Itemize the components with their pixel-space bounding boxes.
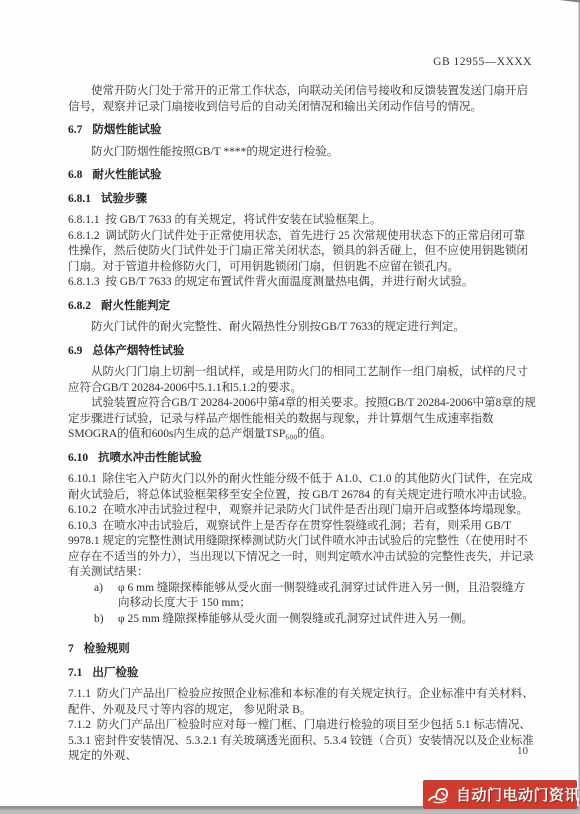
heading-number: 6.10 <box>68 452 88 464</box>
section-heading-6-7: 6.7防烟性能试验 <box>68 123 536 139</box>
section-heading-7-1: 7.1出厂检验 <box>68 666 536 682</box>
heading-title: 试验步骤 <box>101 193 147 205</box>
list-item-a: a) φ 6 mm 缝隙探棒能够从受火面一侧裂缝或孔洞穿过试件进入另一侧，且沿裂… <box>94 581 536 612</box>
heading-title: 出厂检验 <box>92 667 138 679</box>
heading-title: 总体产烟特性试验 <box>92 345 184 357</box>
list-item-text: φ 6 mm 缝隙探棒能够从受火面一侧裂缝或孔洞穿过试件进入另一侧，且沿裂缝方向… <box>118 581 536 612</box>
clause-paragraph: 7.1.1 防火门产品出厂检验应按照企业标准和本标准的有关规定执行。企业标准中有… <box>68 687 536 718</box>
list-item-b: b) φ 25 mm 缝隙探棒能够从受火面一侧裂缝或孔洞穿过试件进入另一侧。 <box>94 612 536 628</box>
paragraph: 从防火门门扇上切割一组试样，或是用防火门的相同工艺制作一组门扇板，试样的尺寸应符… <box>68 365 536 396</box>
paragraph: 试验装置应符合GB/T 20284-2006中第4章的相关要求。按照GB/T 2… <box>68 396 536 443</box>
page-number: 10 <box>517 745 528 757</box>
heading-number: 7 <box>68 643 74 655</box>
heading-number: 6.8 <box>68 169 82 181</box>
clause-paragraph: 6.10.3 在喷水冲击试验后，观察试件上是否存在贯穿性裂缝或孔洞；若有，则采用… <box>68 519 536 581</box>
list-item-label: b) <box>94 612 118 628</box>
heading-title: 检验规则 <box>84 643 130 655</box>
paragraph: 防火门试件的耐火完整性、耐火隔热性分别按GB/T 7633的规定进行判定。 <box>68 320 536 336</box>
section-heading-6-8-2: 6.8.2耐火性能判定 <box>68 299 536 315</box>
section-heading-6-8: 6.8耐火性能试验 <box>68 168 536 184</box>
clause-paragraph: 6.8.1.2 调试防火门试件处于正常使用状态，首先进行 25 次常规使用状态下… <box>68 229 536 276</box>
chapter-heading-7: 7检验规则 <box>68 642 536 658</box>
paragraph: 使常开防火门处于常开的正常工作状态，向联动关闭信号接收和反馈装置发送门扇开启信号… <box>68 84 536 115</box>
page-edge-line <box>538 0 580 3</box>
section-heading-6-9: 6.9总体产烟特性试验 <box>68 344 536 360</box>
document-body: 使常开防火门处于常开的正常工作状态，向联动关闭信号接收和反馈装置发送门扇开启信号… <box>68 84 536 765</box>
heading-number: 6.9 <box>68 345 82 357</box>
list-item-label: a) <box>94 581 118 612</box>
heading-title: 防烟性能试验 <box>92 124 161 136</box>
heading-number: 6.8.1 <box>68 193 91 205</box>
document-page: GB 12955—XXXX 使常开防火门处于常开的正常工作状态，向联动关闭信号接… <box>0 0 579 808</box>
heading-title: 抗喷水冲击性能试验 <box>98 452 202 464</box>
paragraph: 防火门防烟性能按照GB/T ****的规定进行检验。 <box>68 145 536 161</box>
heading-title: 耐火性能判定 <box>101 300 170 312</box>
section-heading-6-10: 6.10抗喷水冲击性能试验 <box>68 451 536 467</box>
section-heading-6-8-1: 6.8.1试验步骤 <box>68 192 536 208</box>
heading-number: 6.7 <box>68 124 82 136</box>
watermark-text: 自动门电动门资讯 <box>456 784 580 805</box>
clause-paragraph: 6.8.1.3 按 GB/T 7633 的规定布置试件背火面温度测量热电偶，并进… <box>68 275 536 291</box>
clause-paragraph: 6.8.1.1 按 GB/T 7633 的有关规定，将试件安装在试验框架上。 <box>68 213 536 229</box>
doc-code: GB 12955—XXXX <box>433 56 532 68</box>
clause-paragraph: 6.10.1 除住宅入户防火门以外的耐火性能分级不低于 A1.0、C1.0 的其… <box>68 472 536 503</box>
heading-number: 6.8.2 <box>68 300 91 312</box>
heading-title: 耐火性能试验 <box>92 169 161 181</box>
watermark-badge: 自动门电动门资讯 <box>423 780 577 809</box>
watermark-doodle-logo-icon <box>428 784 452 806</box>
list-item-text: φ 25 mm 缝隙探棒能够从受火面一侧裂缝或孔洞穿过试件进入另一侧。 <box>118 612 536 628</box>
heading-number: 7.1 <box>68 667 82 679</box>
clause-paragraph: 7.1.2 防火门产品出厂检验时应对每一樘门框、门扇进行检验的项目至少包括 5.… <box>68 718 536 765</box>
clause-paragraph: 6.10.2 在喷水冲击试验过程中，观察并记录防火门试件是否出现门扇开启或整体垮… <box>68 503 536 519</box>
